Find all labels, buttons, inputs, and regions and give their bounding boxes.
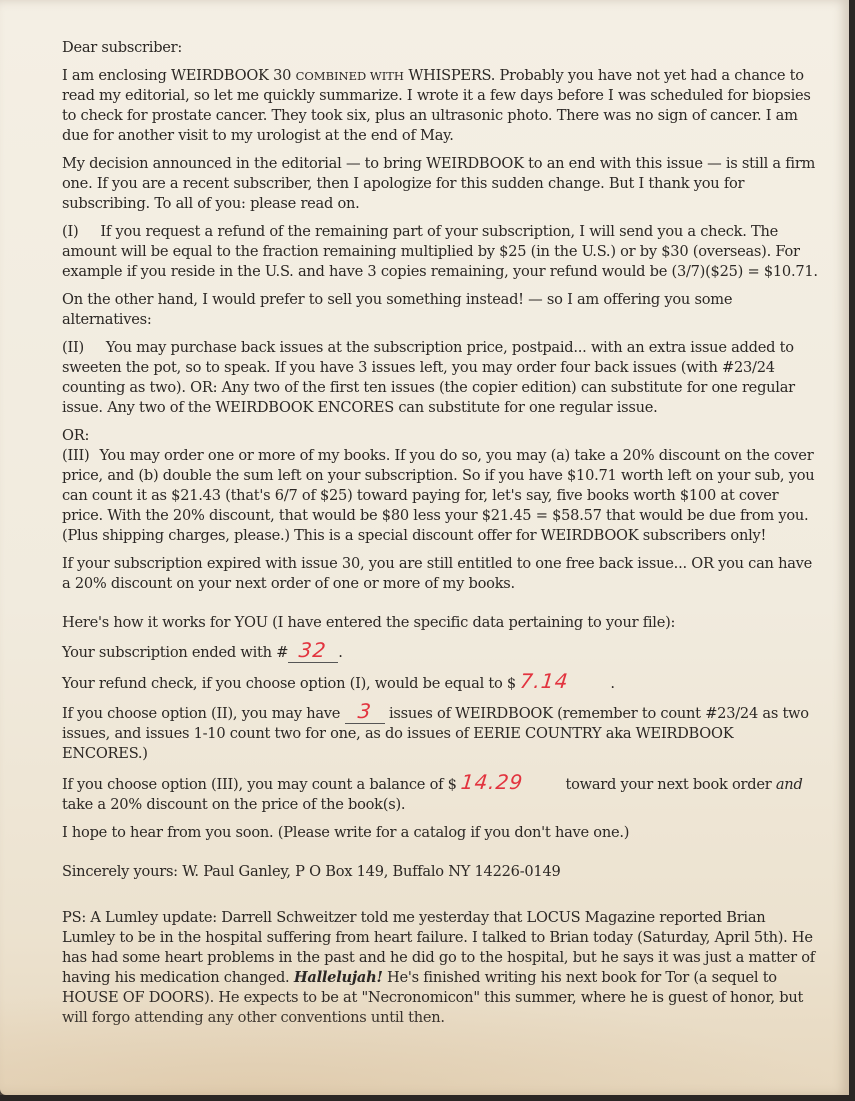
letter-body: Dear subscriber: I am enclosing WEIRDBOO… — [62, 38, 822, 1036]
option-1-label: (I) — [62, 223, 78, 240]
form-line-issues: If you choose option (II), you may have … — [62, 702, 822, 764]
refund-amount-field: 7.14 — [520, 671, 610, 694]
paragraph-closing: I hope to hear from you soon. (Please wr… — [62, 823, 822, 843]
paragraph-intro: I am enclosing WEIRDBOOK 30 COMBINED WIT… — [62, 66, 822, 146]
salutation: Dear subscriber: — [62, 38, 822, 58]
balance-amount-field: 14.29 — [461, 772, 561, 795]
form-line-refund: Your refund check, if you choose option … — [62, 671, 822, 694]
issues-count-field: 3 — [345, 702, 385, 724]
paragraph-decision: My decision announced in the editorial —… — [62, 154, 822, 214]
option-2-back-issues: (II)You may purchase back issues at the … — [62, 338, 822, 418]
or-label: OR: — [62, 426, 822, 446]
issue-number-field: 32 — [288, 641, 338, 663]
signature: Sincerely yours: W. Paul Ganley, P O Box… — [62, 862, 822, 882]
paragraph-how-it-works: Here's how it works for YOU (I have ente… — [62, 613, 822, 633]
option-1-refund: (I)If you request a refund of the remain… — [62, 222, 822, 282]
option-3-books: (III)You may order one or more of my boo… — [62, 446, 822, 546]
postscript: PS: A Lumley update: Darrell Schweitzer … — [62, 908, 822, 1028]
option-3-label: (III) — [62, 447, 89, 464]
handwritten-balance-amount: 14.29 — [460, 772, 524, 792]
smallcaps-text: COMBINED WITH — [296, 69, 404, 83]
option-2-label: (II) — [62, 339, 84, 356]
form-line-balance: If you choose option (III), you may coun… — [62, 772, 822, 815]
paragraph-alternatives: On the other hand, I would prefer to sel… — [62, 290, 822, 330]
handwritten-issues-count: 3 — [357, 702, 373, 720]
handwritten-issue-number: 32 — [299, 641, 328, 659]
form-line-subscription-ended: Your subscription ended with #32. — [62, 641, 822, 663]
paragraph-expired: If your subscription expired with issue … — [62, 554, 822, 594]
hallelujah-emphasis: Hallelujah! — [294, 969, 383, 986]
handwritten-refund-amount: 7.14 — [519, 671, 570, 691]
letter-page: Dear subscriber: I am enclosing WEIRDBOO… — [0, 0, 849, 1095]
